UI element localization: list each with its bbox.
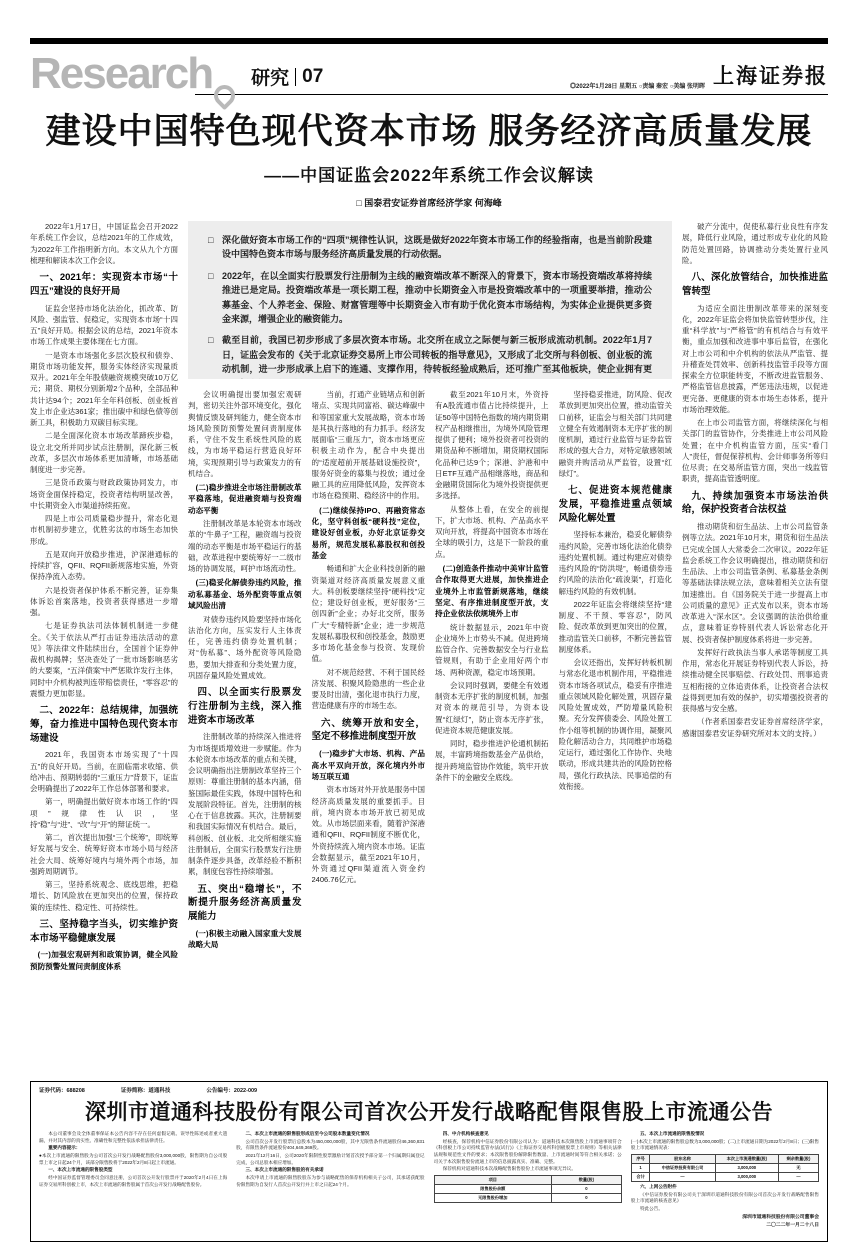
article-paragraph: （作者系国泰君安证券首席经济学家，感谢国泰君安证券研究所对本文的支持。）	[682, 716, 828, 739]
table-cell: 合计	[631, 1172, 650, 1181]
main-headline: 建设中国特色现代资本市场 服务经济高质量发展	[0, 111, 858, 153]
article-paragraph: 第一，明确提出做好资本市场工作的“四项”规律性认识，坚持“稳”与“进”、“改”与…	[30, 796, 178, 830]
notice-number: 公告编号：2022-009	[206, 1086, 257, 1094]
byline: □ 国泰君安证券首席经济学家 何海峰	[0, 196, 858, 209]
headline-block: 建设中国特色现代资本市场 服务经济高质量发展 ——中国证监会2022年系统工作会…	[0, 111, 858, 209]
notice-heading: 三、本次上市流通的限售股的有关承诺	[236, 1167, 424, 1174]
table-cell: —	[778, 1172, 818, 1181]
article-paragraph: 发挥好行政执法当事人承诺等制度工具作用，常态化开展证券特别代表人诉讼，持续推动健…	[682, 647, 828, 715]
section-label: 研究 07	[251, 63, 323, 94]
article-paragraph: ●本次上市流通的限售股为公司首次公开发行战略配售股份3,000,000股，限售期…	[39, 1153, 227, 1166]
masthead-thin-rule	[195, 94, 828, 95]
dateline: ◎2022年1月28日 星期五 ○责编 秦宏 ○美编 张明晖	[570, 81, 705, 90]
table-cell: 无限售股份增加	[434, 1193, 552, 1202]
table-cell: 3,000,000	[715, 1172, 778, 1181]
stock-code: 证券代码：688208	[39, 1086, 85, 1094]
notice-column-3: 四、中介机构核查意见经核查，保荐机构中信证券股份有限公司认为：道通科技本次限售股…	[434, 1131, 622, 1235]
article-paragraph: 会议同时强调，要健全有效遏制资本无序扩张的制度机制，加强对资本的规范引导，为资本…	[435, 680, 549, 736]
notice-column-1: 本公司董事会及全体董事保证本公告内容不存在任何虚假记载、误导性陈述或者重大遗漏，…	[39, 1131, 227, 1235]
article-column-4: 截至2021年10月末，外资持有A股流通市值占比持续提升，上证50等中国特色指数…	[435, 389, 549, 1073]
article-column-2: 会议明确提出要加强宏观研判，密切关注外部环境变化，强化舆情反馈及研判能力，健全资…	[188, 389, 302, 1073]
notice-heading: 五、本次上市流通的限售股情况	[631, 1131, 819, 1138]
article-paragraph: 四是上市公司质量稳步提升，常态化退市机制初步建立，优胜劣汰的市场生态加快形成。	[30, 513, 178, 547]
summary-bullet: □深化做好资本市场工作的“四项”规律性认识，这既是做好2022年资本市场工作的经…	[208, 233, 652, 262]
table-cell: 无	[778, 1163, 818, 1172]
notice-heading: 二、本次上市流通的限售股形成后至今公司股本数量变化情况	[236, 1131, 424, 1138]
square-bullet-icon: □	[208, 233, 213, 247]
article-paragraph: 第二，首次提出加强“三个统筹”，即统筹好发展与安全、统筹好资本市场小局与经济社会…	[30, 832, 178, 877]
table-header-cell: 本次上市流通数量(股)	[715, 1154, 778, 1163]
table-cell: 0	[552, 1193, 622, 1202]
table-cell: 1	[631, 1163, 650, 1172]
notice-table: 序号股东名称本次上市流通数量(股)剩余数量(股)1中信证券投资有限公司3,000…	[631, 1154, 819, 1182]
summary-bullet: □2022年，在以全面实行股票发行注册制为主线的融资端改革不断深入的背景下，资本…	[208, 269, 652, 327]
article-paragraph: 保荐机构对道通科技本次战略配售限售股份上市流通事项无异议。	[434, 1166, 622, 1173]
table-header-cell: 数量(股)	[552, 1175, 622, 1184]
table-header-cell: 序号	[631, 1154, 650, 1163]
article-paragraph: 坚持稳妥推进，防风险、促改革放到更加突出位置，推动监管关口前移，证监会与相关部门…	[559, 389, 673, 479]
article-paragraph: 经中国证券监督管理委员会同意注册，公司首次公开发行股票并于2020年2月4日在上…	[39, 1175, 227, 1188]
newspaper-page: Research 研究 07 ◎2022年1月28日 星期五 ○责编 秦宏 ○美…	[0, 0, 858, 1253]
notice-body: 本公司董事会及全体董事保证本公告内容不存在任何虚假记载、误导性陈述或者重大遗漏，…	[39, 1131, 819, 1235]
section-heading: 九、持续加强资本市场法治供给，保护投资者合法权益	[682, 490, 828, 518]
sub-headline: ——中国证监会2022年系统工作会议解读	[0, 161, 858, 186]
subsection-heading: (二)稳步推进全市场注册制改革平稳落地，促进融资端与投资端动态平衡	[188, 482, 302, 516]
article-paragraph: 2021年，我国资本市场实现了“十四五”的良好开局。当前，在面临需求收缩、供给冲…	[30, 749, 178, 794]
article-paragraph: 二是全面深化资本市场改革蹄疾步稳，设立北交所并同步试点注册制，深化新三板改革，多…	[30, 430, 178, 475]
notice-heading: 六、上网公告附件	[631, 1184, 819, 1191]
summary-bullet: □截至目前，我国已初步形成了多层次资本市场。北交所在成立之际便与新三板形成流动机…	[208, 333, 652, 379]
article-column-3: 当前，打通产业链堵点和创新堵点、实现共同富裕、碳达峰碳中和等国家重大发展战略，资…	[312, 389, 426, 1073]
summary-bullet-text: 2022年，在以全面实行股票发行注册制为主线的融资端改革不断深入的背景下，资本市…	[222, 271, 652, 324]
article-paragraph: 为适应全面注册制改革带来的深刻变化，2022年证监会将加快监管转型步伐，注重“科…	[682, 303, 828, 416]
section-heading: 八、深化放管结合，加快推进监管转型	[682, 271, 828, 299]
article-paragraph: 推动期货和衍生品法、上市公司监管条例等立法。2021年10月末，期货和衍生品法已…	[682, 521, 828, 645]
article-paragraph: 对债券违约风险要坚持市场化法治化方向，压实发行人主体责任，完善违约债券处置机制；…	[188, 614, 302, 682]
section-heading: 五、突出“稳增长”，不断提升服务经济高质量发展能力	[188, 883, 302, 924]
article-paragraph: 七是证券执法司法体制机制进一步健全。《关于依法从严打击证券违法活动的意见》等法律…	[30, 620, 178, 699]
notice-column-4: 五、本次上市流通的限售股情况(一)本次上市流通的限售股总数为3,000,000股…	[631, 1131, 819, 1235]
subsection-heading: (二)继续保持IPO、再融资常态化，坚守科创板“硬科技”定位，建设好创业板，办好…	[312, 505, 426, 562]
table-header-cell: 项目	[434, 1175, 552, 1184]
article-paragraph: 经核查，保荐机构中信证券股份有限公司认为：道通科技本次限售股上市流通事项符合《科…	[434, 1139, 622, 1166]
signature-line: 二〇二二年一月二十八日	[631, 1222, 819, 1229]
square-bullet-icon: □	[208, 269, 213, 283]
notice-title: 深圳市道通科技股份有限公司首次公开发行战略配售限售股上市流通公告	[39, 1096, 819, 1126]
article-paragraph: 五是双向开放稳步推进，沪深港通标的持续扩容，QFII、RQFII新规落地实施，外…	[30, 549, 178, 583]
article-paragraph: 六是投资者保护体系不断完善，证券集体诉讼首案落地，投资者获得感进一步增强。	[30, 585, 178, 619]
article-paragraph: 一是资本市场强化多层次股权和债券、期货市场功能发挥，服务实体经济实现量质双升。2…	[30, 350, 178, 429]
table-header-cell: 股东名称	[650, 1154, 715, 1163]
notice-heading: 重要内容提示：	[39, 1145, 227, 1152]
article-paragraph: 公司首次公开发行股票后总股本为450,000,000股，其中无限售条件流通股份4…	[236, 1139, 424, 1152]
article-paragraph: 破产分流中，促使私募行业良性有序发展，降低行业风险，通过形成专业化的风险防范处置…	[682, 221, 828, 266]
table-row: 合计—3,000,000—	[631, 1172, 818, 1181]
subsection-heading: (一)稳步扩大市场、机构、产品高水平双向开放，深化境内外市场互联互通	[312, 748, 426, 782]
article-paragraph: 同时，稳步推进沪伦通机制拓展，丰富跨境指数基金产品供给，提升跨境监管协作效能，筑…	[435, 738, 549, 783]
signature-line: 深圳市道通科技股份有限公司董事会	[631, 1214, 819, 1221]
article-paragraph: 证监会坚持市场化法治化，抓改革、防风险、强监管、促稳定，实现资本市场“十四五”良…	[30, 303, 178, 348]
notice-meta: 证券代码：688208 证券简称：道通科技 公告编号：2022-009	[39, 1086, 819, 1094]
article-paragraph: (一)本次上市流通的限售股总数为3,000,000股；(二)上市流通日期为202…	[631, 1139, 819, 1152]
article-column-1: 2022年1月17日，中国证监会召开2022年系统工作会议，总结2021年的工作…	[30, 221, 178, 1073]
article-paragraph: 会议还指出，发挥好转板机制与常态化退市机制作用，平稳推进资本市场各项试点，稳妥有…	[559, 657, 673, 792]
article-paragraph: 2022年1月17日，中国证监会召开2022年系统工作会议，总结2021年的工作…	[30, 221, 178, 266]
notice-heading: 四、中介机构核查意见	[434, 1131, 622, 1138]
summary-box: □深化做好资本市场工作的“四项”规律性认识，这既是做好2022年资本市场工作的经…	[188, 221, 672, 379]
article-paragraph: 当前，打通产业链堵点和创新堵点、实现共同富裕、碳达峰碳中和等国家重大发展战略，资…	[312, 389, 426, 502]
article-column-5: 坚持稳妥推进，防风险、促改革放到更加突出位置，推动监管关口前移，证监会与相关部门…	[559, 389, 673, 1073]
article-paragraph: 2022年证监会将继续坚持“建制度、不干预、零容忍”，防风险、促改革放到更加突出…	[559, 599, 673, 655]
article-column-6: 破产分流中，促使私募行业良性有序发展，降低行业风险，通过形成专业化的风险防范处置…	[682, 221, 828, 1073]
square-bullet-icon: □	[208, 333, 213, 347]
section-heading: 三、坚持稳字当头，切实维护资本市场平稳健康发展	[30, 918, 178, 946]
notice-table: 项目数量(股)限售股份余额0无限售股份增加0	[434, 1175, 622, 1203]
article-paragraph: 注册制改革是本轮资本市场改革的“牛鼻子”工程，融资端与投资端的动态平衡是市场平稳…	[188, 518, 302, 574]
article-paragraph: 畅通和扩大企业科技创新的融资渠道对经济高质量发展意义重大。科创板要继续坚持“硬科…	[312, 563, 426, 664]
subsection-heading: (一)加强宏观研判和政策协调，健全风险预防预警处置问责制度体系	[30, 949, 178, 972]
article-paragraph: 2021年12月16日，公司2020年限制性股票激励计划首次授予部分第一个归属期…	[236, 1153, 424, 1166]
subsection-heading: (三)稳妥化解债券违约风险，推动私募基金、场外配资等重点领域风险出清	[188, 577, 302, 611]
article-paragraph: 在上市公司监管方面，将继续深化与相关部门的监管协作，分类推进上市公司风险处置；在…	[682, 417, 828, 485]
page-number: 07	[302, 66, 323, 88]
article-paragraph: 特此公告。	[631, 1206, 819, 1213]
divider-line	[295, 68, 296, 86]
table-cell: 限售股份余额	[434, 1184, 552, 1193]
article-paragraph: 第三，坚持系统观念、底线思维，把稳增长、防风险放在更加突出的位置，保持政策的连续…	[30, 879, 178, 913]
notice-box: 证券代码：688208 证券简称：道通科技 公告编号：2022-009 深圳市道…	[30, 1081, 828, 1242]
table-row: 限售股份余额0	[434, 1184, 621, 1193]
table-row: 无限售股份增加0	[434, 1193, 621, 1202]
section-heading: 一、2021年：实现资本市场“十四五”建设的良好开局	[30, 271, 178, 299]
table-cell: 3,000,000	[715, 1163, 778, 1172]
research-logo: Research	[30, 54, 235, 94]
research-logo-text: Research	[30, 54, 212, 94]
table-cell: 中信证券投资有限公司	[650, 1163, 715, 1172]
subsection-heading: (一)积极主动融入国家重大发展战略大局	[188, 928, 302, 951]
paper-name: 上海证券报	[713, 60, 828, 90]
section-heading: 二、2022年：总结规律，加强统筹，奋力推进中国特色现代资本市场建设	[30, 704, 178, 745]
summary-bullet-text: 深化做好资本市场工作的“四项”规律性认识，这既是做好2022年资本市场工作的经验…	[222, 235, 652, 259]
article-paragraph: 会议明确提出要加强宏观研判，密切关注外部环境变化，强化舆情反馈及研判能力，健全资…	[188, 389, 302, 479]
article-paragraph: 对不规范经营、不利于国民经济发展、积聚风险隐患的一些企业要及时出清，强化退市执行…	[312, 667, 426, 712]
article-paragraph: 《中信证券股份有限公司关于深圳市道通科技股份有限公司首次公开发行战略配售限售股上…	[631, 1192, 819, 1205]
section-heading: 七、促进资本规范健康发展，平稳推进重点领域风险化解处置	[559, 484, 673, 525]
table-cell: —	[650, 1172, 715, 1181]
table-cell: 0	[552, 1184, 622, 1193]
masthead: Research 研究 07 ◎2022年1月28日 星期五 ○责编 秦宏 ○美…	[0, 38, 858, 95]
article-paragraph: 本次申请上市流通的限售股股东为参与战略配售的保荐机构相关子公司，其承诺获配股份限…	[236, 1175, 424, 1188]
table-header-cell: 剩余数量(股)	[778, 1154, 818, 1163]
summary-bullet-text: 截至目前，我国已初步形成了多层次资本市场。北交所在成立之际便与新三板形成流动机制…	[222, 335, 652, 379]
table-row: 1中信证券投资有限公司3,000,000无	[631, 1163, 818, 1172]
stock-abbr: 证券简称：道通科技	[121, 1086, 171, 1094]
article-paragraph: 截至2021年10月末，外资持有A股流通市值占比持续提升，上证50等中国特色指数…	[435, 389, 549, 502]
article-paragraph: 资本市场对外开放是服务中国经济高质量发展的重要抓手。目前，境内资本市场开放已初见…	[312, 784, 426, 885]
notice-heading: 一、本次上市流通的限售股类型	[39, 1167, 227, 1174]
speech-bubble-icon	[210, 81, 240, 111]
section-heading: 四、以全面实行股票发行注册制为主线，深入推进资本市场改革	[188, 686, 302, 727]
article-paragraph: 注册制改革的持续深入推进将为市场提质增效进一步赋能。作为本轮资本市场改革的重点和…	[188, 731, 302, 877]
article-paragraph: 三是货币政策与财政政策协同发力，市场资金面保持稳定，投资者结构明显改善，中长期资…	[30, 477, 178, 511]
article-paragraph: 统计数据显示，2021年中资企业境外上市势头不减。促进跨境监管合作、完善数据安全…	[435, 622, 549, 678]
article-paragraph: 本公司董事会及全体董事保证本公告内容不存在任何虚假记载、误导性陈述或者重大遗漏，…	[39, 1131, 227, 1144]
article-body: 2022年1月17日，中国证监会召开2022年系统工作会议，总结2021年的工作…	[30, 221, 828, 1073]
subsection-heading: (二)创造条件推动中美审计监管合作取得更大进展，加快推进企业境外上市监管新规落地…	[435, 563, 549, 620]
section-name: 研究	[251, 63, 289, 90]
article-paragraph: 坚持标本兼治，稳妥化解债券违约风险，完善市场化法治化债券违约处置机制。通过构建应…	[559, 529, 673, 597]
section-heading: 六、统筹开放和安全，坚定不移推进制度型开放	[312, 717, 426, 745]
article-paragraph: 从整体上看，在安全的前提下，扩大市场、机构、产品高水平双向开放，将提高中国资本市…	[435, 504, 549, 560]
notice-column-2: 二、本次上市流通的限售股形成后至今公司股本数量变化情况公司首次公开发行股票后总股…	[236, 1131, 424, 1235]
